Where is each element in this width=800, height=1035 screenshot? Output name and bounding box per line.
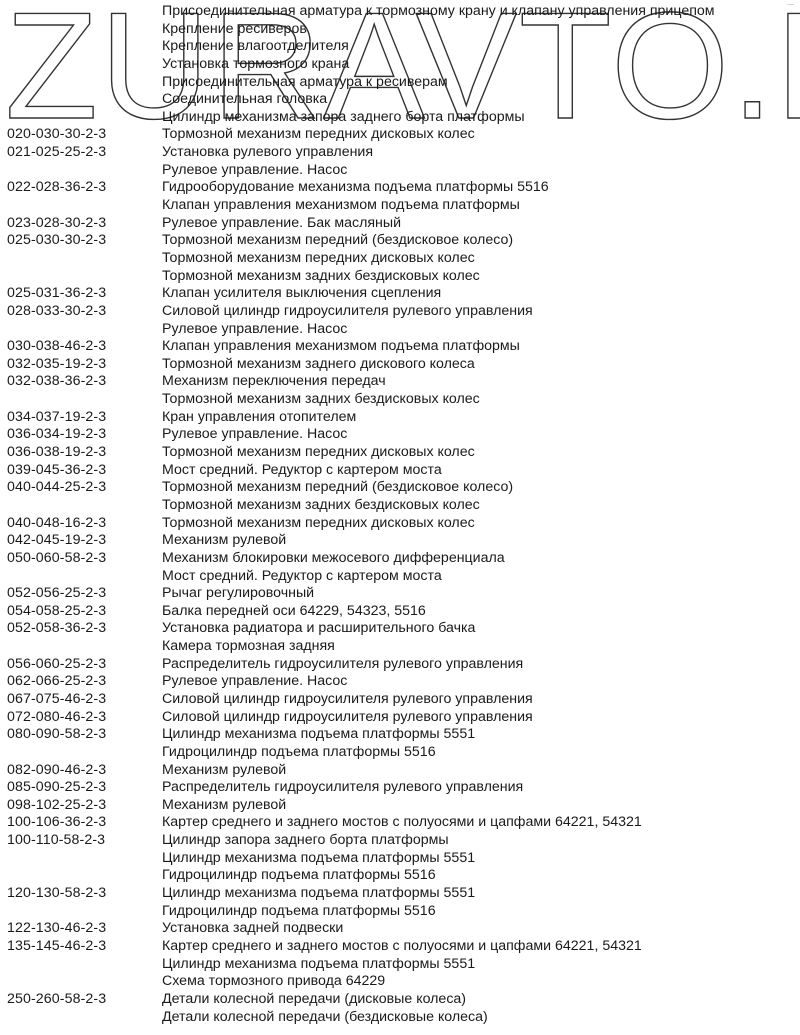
part-description: Распределитель гидроусилителя рулевого у… xyxy=(162,656,523,674)
list-row: Гидроцилиндр подъема платформы 5516 xyxy=(0,867,800,885)
list-row: Установка тормозного крана xyxy=(0,56,800,74)
list-row: Цилиндр механизма подъема платформы 5551 xyxy=(0,850,800,868)
part-description: Рулевое управление. Насос xyxy=(162,162,347,180)
part-description: Силовой цилиндр гидроусилителя рулевого … xyxy=(162,691,533,709)
part-description: Механизм рулевой xyxy=(162,762,286,780)
part-code: 023-028-30-2-3 xyxy=(7,215,106,233)
part-code: 036-034-19-2-3 xyxy=(7,426,106,444)
list-row: Тормозной механизм задних бездисковых ко… xyxy=(0,391,800,409)
part-description: Тормозной механизм заднего дискового кол… xyxy=(162,356,475,374)
list-row: 120-130-58-2-3 Цилиндр механизма подъема… xyxy=(0,885,800,903)
part-code: 100-106-36-2-3 xyxy=(7,814,106,832)
list-row: 020-030-30-2-3 Тормозной механизм передн… xyxy=(0,126,800,144)
list-row: 036-038-19-2-3 Тормозной механизм передн… xyxy=(0,444,800,462)
part-code: 025-031-36-2-3 xyxy=(7,285,106,303)
part-description: Цилиндр запора заднего борта платформы xyxy=(162,832,449,850)
list-row: 025-030-30-2-3 Тормозной механизм передн… xyxy=(0,232,800,250)
list-row: Тормозной механизм задних бездисковых ко… xyxy=(0,268,800,286)
part-code: 036-038-19-2-3 xyxy=(7,444,106,462)
part-code: 030-038-46-2-3 xyxy=(7,338,106,356)
part-description: Детали колесной передачи (дисковые колес… xyxy=(162,991,466,1009)
list-row: 052-058-36-2-3 Установка радиатора и рас… xyxy=(0,620,800,638)
part-description: Клапан управления механизмом подъема пла… xyxy=(162,197,520,215)
part-description: Тормозной механизм передних дисковых кол… xyxy=(162,250,475,268)
list-row: Соединительная головка xyxy=(0,91,800,109)
part-description: Гидроцилиндр подъема платформы 5516 xyxy=(162,867,436,885)
part-description: Гидроцилиндр подъема платформы 5516 xyxy=(162,903,436,921)
part-description: Цилиндр механизма подъема платформы 5551 xyxy=(162,885,475,903)
part-description: Присоединительная арматура к ресиверам xyxy=(162,74,448,92)
list-row: Цилиндр механизма подъема платформы 5551 xyxy=(0,956,800,974)
part-description: Тормозной механизм задних бездисковых ко… xyxy=(162,391,480,409)
part-code: 050-060-58-2-3 xyxy=(7,550,106,568)
list-row: 062-066-25-2-3 Рулевое управление. Насос xyxy=(0,673,800,691)
part-code: 062-066-25-2-3 xyxy=(7,673,106,691)
list-row: 023-028-30-2-3 Рулевое управление. Бак м… xyxy=(0,215,800,233)
part-description: Установка задней подвески xyxy=(162,920,343,938)
list-row: Гидроцилиндр подъема платформы 5516 xyxy=(0,744,800,762)
list-row: 040-048-16-2-3 Тормозной механизм передн… xyxy=(0,515,800,533)
part-code: 080-090-58-2-3 xyxy=(7,726,106,744)
part-description: Цилиндр механизма подъема платформы 5551 xyxy=(162,956,475,974)
list-row: 036-034-19-2-3 Рулевое управление. Насос xyxy=(0,426,800,444)
part-code: 067-075-46-2-3 xyxy=(7,691,106,709)
part-description: Картер среднего и заднего мостов с полуо… xyxy=(162,814,642,832)
list-row: 040-044-25-2-3 Тормозной механизм передн… xyxy=(0,479,800,497)
part-description: Гидрооборудование механизма подъема плат… xyxy=(162,179,549,197)
list-row: 082-090-46-2-3 Механизм рулевой xyxy=(0,762,800,780)
list-row: 122-130-46-2-3 Установка задней подвески xyxy=(0,920,800,938)
part-code: 120-130-58-2-3 xyxy=(7,885,106,903)
part-code: 056-060-25-2-3 xyxy=(7,656,106,674)
part-description: Кран управления отопителем xyxy=(162,409,356,427)
part-code: 250-260-58-2-3 xyxy=(7,991,106,1009)
part-description: Тормозной механизм передний (бездисковое… xyxy=(162,232,513,250)
part-description: Цилиндр механизма подъема платформы 5551 xyxy=(162,726,475,744)
part-description: Механизм рулевой xyxy=(162,797,286,815)
list-row: Рулевое управление. Насос xyxy=(0,321,800,339)
part-description: Тормозной механизм задних бездисковых ко… xyxy=(162,268,480,286)
list-row: Цилиндр механизма запора заднего борта п… xyxy=(0,109,800,127)
part-code: 025-030-30-2-3 xyxy=(7,232,106,250)
list-row: Присоединительная арматура к тормозному … xyxy=(0,3,800,21)
part-description: Рулевое управление. Насос xyxy=(162,673,347,691)
part-code: 052-056-25-2-3 xyxy=(7,585,106,603)
list-row: Мост средний. Редуктор с картером моста xyxy=(0,568,800,586)
list-row: 100-106-36-2-3 Картер среднего и заднего… xyxy=(0,814,800,832)
part-description: Распределитель гидроусилителя рулевого у… xyxy=(162,779,523,797)
part-description: Клапан управления механизмом подъема пла… xyxy=(162,338,520,356)
list-row: 100-110-58-2-3 Цилиндр запора заднего бо… xyxy=(0,832,800,850)
part-code: 085-090-25-2-3 xyxy=(7,779,106,797)
part-description: Крепление ресиверов xyxy=(162,21,307,39)
part-description: Механизм блокировки межосевого дифференц… xyxy=(162,550,505,568)
part-code: 098-102-25-2-3 xyxy=(7,797,106,815)
list-row: 034-037-19-2-3 Кран управления отопителе… xyxy=(0,409,800,427)
list-row: 039-045-36-2-3 Мост средний. Редуктор с … xyxy=(0,462,800,480)
part-code: 040-044-25-2-3 xyxy=(7,479,106,497)
part-description: Тормозной механизм передних дисковых кол… xyxy=(162,126,475,144)
part-code: 122-130-46-2-3 xyxy=(7,920,106,938)
list-row: Присоединительная арматура к ресиверам xyxy=(0,74,800,92)
list-row: 056-060-25-2-3 Распределитель гидроусили… xyxy=(0,656,800,674)
list-row: 022-028-36-2-3 Гидрооборудование механиз… xyxy=(0,179,800,197)
part-description: Механизм рулевой xyxy=(162,532,286,550)
list-row: Схема тормозного привода 64229 xyxy=(0,973,800,991)
list-row: Детали колесной передачи (бездисковые ко… xyxy=(0,1009,800,1027)
part-description: Рулевое управление. Бак масляный xyxy=(162,215,401,233)
part-code: 028-033-30-2-3 xyxy=(7,303,106,321)
part-description: Рулевое управление. Насос xyxy=(162,426,347,444)
part-description: Мост средний. Редуктор с картером моста xyxy=(162,462,442,480)
list-row: 028-033-30-2-3 Силовой цилиндр гидроусил… xyxy=(0,303,800,321)
part-code: 032-035-19-2-3 xyxy=(7,356,106,374)
part-description: Силовой цилиндр гидроусилителя рулевого … xyxy=(162,303,533,321)
part-description: Механизм переключения передач xyxy=(162,373,386,391)
list-row: 080-090-58-2-3 Цилиндр механизма подъема… xyxy=(0,726,800,744)
part-description: Цилиндр механизма подъема платформы 5551 xyxy=(162,850,475,868)
part-code: 054-058-25-2-3 xyxy=(7,603,106,621)
list-row: 072-080-46-2-3 Силовой цилиндр гидроусил… xyxy=(0,709,800,727)
list-row: 085-090-25-2-3 Распределитель гидроусили… xyxy=(0,779,800,797)
list-row: 135-145-46-2-3 Картер среднего и заднего… xyxy=(0,938,800,956)
part-description: Установка тормозного крана xyxy=(162,56,349,74)
corner-mark: ·— xyxy=(786,2,794,8)
part-code: 040-048-16-2-3 xyxy=(7,515,106,533)
parts-index-list: Присоединительная арматура к тормозному … xyxy=(0,3,800,1026)
list-row: Гидроцилиндр подъема платформы 5516 xyxy=(0,903,800,921)
part-code: 100-110-58-2-3 xyxy=(7,832,105,850)
part-code: 022-028-36-2-3 xyxy=(7,179,106,197)
list-row: 025-031-36-2-3 Клапан усилителя выключен… xyxy=(0,285,800,303)
part-description: Рулевое управление. Насос xyxy=(162,321,347,339)
part-description: Детали колесной передачи (бездисковые ко… xyxy=(162,1009,488,1027)
part-code: 052-058-36-2-3 xyxy=(7,620,106,638)
part-description: Рычаг регулировочный xyxy=(162,585,314,603)
list-row: 050-060-58-2-3 Механизм блокировки межос… xyxy=(0,550,800,568)
part-description: Тормозной механизм передний (бездисковое… xyxy=(162,479,513,497)
part-code: 032-038-36-2-3 xyxy=(7,373,106,391)
part-code: 042-045-19-2-3 xyxy=(7,532,106,550)
part-code: 072-080-46-2-3 xyxy=(7,709,106,727)
list-row: 250-260-58-2-3 Детали колесной передачи … xyxy=(0,991,800,1009)
list-row: 030-038-46-2-3 Клапан управления механиз… xyxy=(0,338,800,356)
part-code: 034-037-19-2-3 xyxy=(7,409,106,427)
list-row: 032-035-19-2-3 Тормозной механизм заднег… xyxy=(0,356,800,374)
list-row: 067-075-46-2-3 Силовой цилиндр гидроусил… xyxy=(0,691,800,709)
part-description: Силовой цилиндр гидроусилителя рулевого … xyxy=(162,709,533,727)
part-description: Камера тормозная задняя xyxy=(162,638,335,656)
part-code: 039-045-36-2-3 xyxy=(7,462,106,480)
list-row: 021-025-25-2-3 Установка рулевого управл… xyxy=(0,144,800,162)
part-description: Картер среднего и заднего мостов с полуо… xyxy=(162,938,642,956)
list-row: Рулевое управление. Насос xyxy=(0,162,800,180)
part-description: Мост средний. Редуктор с картером моста xyxy=(162,568,442,586)
list-row: 098-102-25-2-3 Механизм рулевой xyxy=(0,797,800,815)
part-description: Схема тормозного привода 64229 xyxy=(162,973,385,991)
list-row: Камера тормозная задняя xyxy=(0,638,800,656)
list-row: 032-038-36-2-3 Механизм переключения пер… xyxy=(0,373,800,391)
part-description: Установка рулевого управления xyxy=(162,144,373,162)
part-code: 082-090-46-2-3 xyxy=(7,762,106,780)
list-row: Тормозной механизм задних бездисковых ко… xyxy=(0,497,800,515)
part-description: Тормозной механизм передних дисковых кол… xyxy=(162,444,475,462)
part-code: 021-025-25-2-3 xyxy=(7,144,106,162)
part-description: Гидроцилиндр подъема платформы 5516 xyxy=(162,744,436,762)
list-row: Клапан управления механизмом подъема пла… xyxy=(0,197,800,215)
list-row: 042-045-19-2-3 Механизм рулевой xyxy=(0,532,800,550)
part-description: Тормозной механизм задних бездисковых ко… xyxy=(162,497,480,515)
part-description: Установка радиатора и расширительного ба… xyxy=(162,620,475,638)
part-code: 020-030-30-2-3 xyxy=(7,126,106,144)
part-description: Клапан усилителя выключения сцепления xyxy=(162,285,441,303)
part-description: Тормозной механизм передних дисковых кол… xyxy=(162,515,475,533)
part-description: Соединительная головка xyxy=(162,91,327,109)
part-code: 135-145-46-2-3 xyxy=(7,938,106,956)
list-row: Тормозной механизм передних дисковых кол… xyxy=(0,250,800,268)
list-row: 054-058-25-2-3 Балка передней оси 64229,… xyxy=(0,603,800,621)
list-row: Крепление ресиверов xyxy=(0,21,800,39)
part-description: Балка передней оси 64229, 54323, 5516 xyxy=(162,603,426,621)
list-row: Крепление влагоотделителя xyxy=(0,38,800,56)
part-description: Присоединительная арматура к тормозному … xyxy=(162,3,715,21)
list-row: 052-056-25-2-3 Рычаг регулировочный xyxy=(0,585,800,603)
part-description: Цилиндр механизма запора заднего борта п… xyxy=(162,109,525,127)
part-description: Крепление влагоотделителя xyxy=(162,38,349,56)
